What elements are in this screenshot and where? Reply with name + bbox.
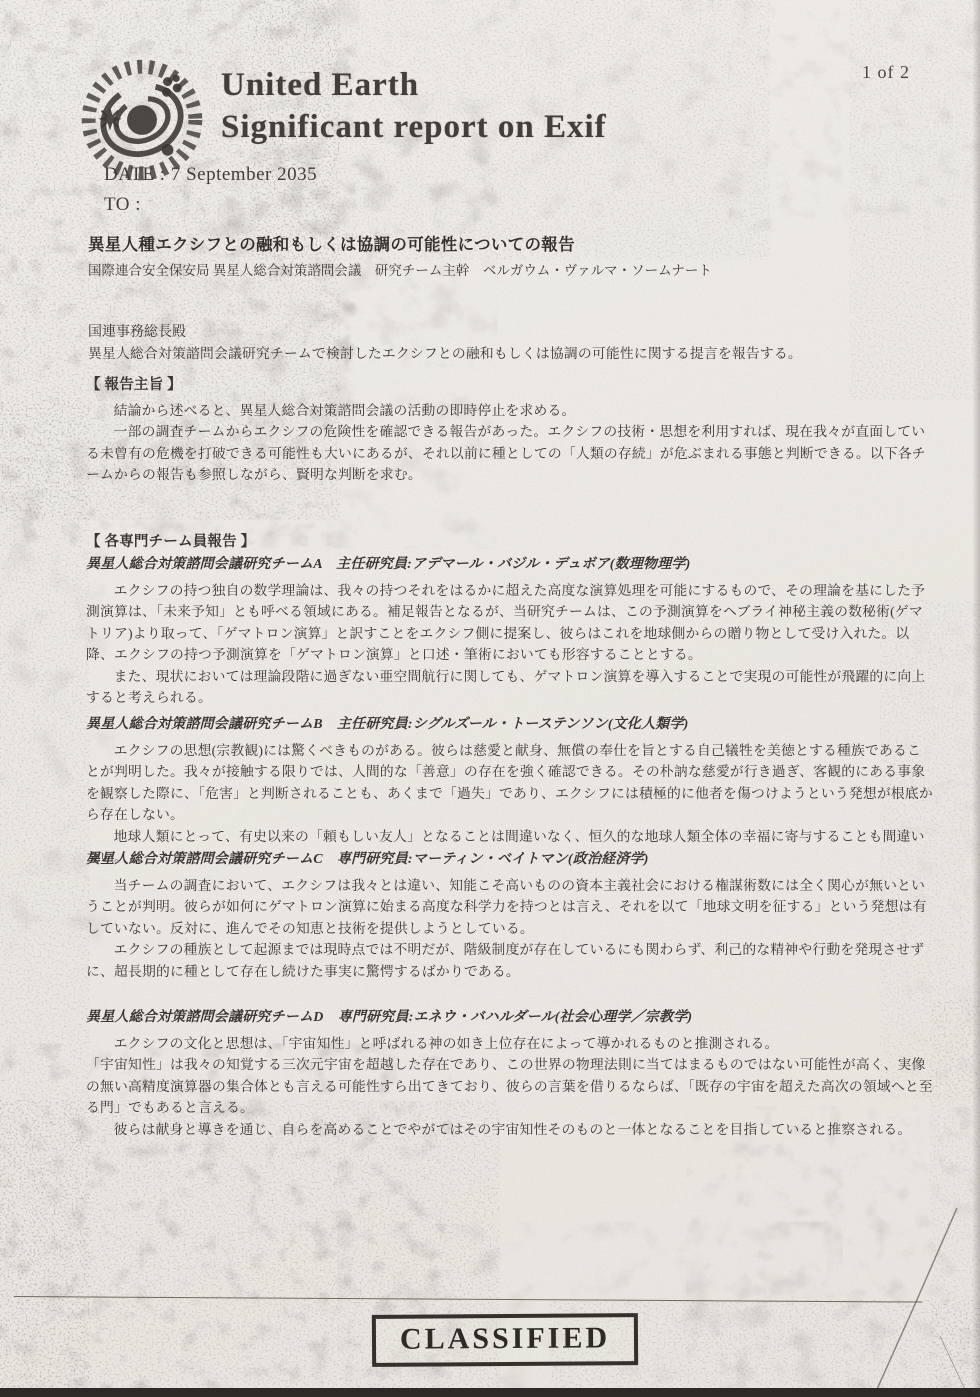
team-paragraph: 当チームの調査において、エクシフは我々とは違い、知能こそ高いものの資本主義社会に… — [86, 875, 934, 940]
team-title: 異星人総合対策諮問会議研究チームA 主任研究員:アデマール・バジル・デュボア(数… — [86, 554, 934, 576]
scan-right-edge-shadow — [972, 0, 980, 1397]
teams-section-heading: 【 各専門チーム員報告 】 — [86, 532, 934, 557]
to-label: TO : — [104, 194, 141, 215]
team-paragraph: 彼らは献身と導きを通じ、自らを高めることでやがてはその宇宙知性そのものと一体とな… — [86, 1119, 934, 1141]
team-title: 異星人総合対策諮問会議研究チームB 主任研究員:シグルズール・トーステンソン(文… — [86, 714, 934, 736]
summary-heading: 【 報告主旨 】 — [86, 375, 934, 397]
date-value: 7 September 2035 — [171, 164, 317, 185]
page-number: 1 of 2 — [862, 62, 910, 83]
team-paragraph: エクシフの種族として起源までは現時点では不明だが、階級制度が存在しているにも関わ… — [86, 939, 934, 982]
team-title: 異星人総合対策諮問会議研究チームD 専門研究員:エネウ・バハルダール(社会心理学… — [86, 1007, 934, 1029]
scan-line-divider — [14, 1296, 922, 1303]
scan-bottom-edge — [0, 1388, 980, 1397]
summary-section: 【 報告主旨 】 結論から述べると、異星人総合対策諮問会議の活動の即時停止を求め… — [86, 375, 934, 486]
intro-line: 異星人総合対策諮問会議研究チームで検討したエクシフとの融和もしくは協調の可能性に… — [88, 343, 948, 365]
team-report-a: 異星人総合対策諮問会議研究チームA 主任研究員:アデマール・バジル・デュボア(数… — [86, 554, 934, 709]
team-report-d: 異星人総合対策諮問会議研究チームD 専門研究員:エネウ・バハルダール(社会心理学… — [86, 1007, 934, 1140]
summary-paragraph: 一部の調査チームからエクシフの危険性を確認できる報告があった。エクシフの技術・思… — [86, 421, 934, 486]
team-report-c: 異星人総合対策諮問会議研究チームC 専門研究員:マーティン・ベイトマン(政治経済… — [86, 849, 934, 982]
report-byline: 国際連合安全保安局 異星人総合対策諮問会議 研究チーム主幹 ベルガウム・ヴァルマ… — [88, 259, 712, 279]
summary-paragraph: 結論から述べると、異星人総合対策諮問会議の活動の即時停止を求める。 — [86, 400, 934, 422]
report-title: 異星人種エクシフとの融和もしくは協調の可能性についての報告 — [88, 231, 575, 255]
team-title: 異星人総合対策諮問会議研究チームC 専門研究員:マーティン・ベイトマン(政治経済… — [86, 849, 934, 871]
team-paragraph: エクシフの思想(宗教観)には驚くべきものがある。彼らは慈愛と献身、無償の奉仕を旨… — [86, 740, 934, 826]
crease-line — [940, 1336, 968, 1396]
to-line: TO : — [104, 194, 141, 216]
team-report-b: 異星人総合対策諮問会議研究チームB 主任研究員:シグルズール・トーステンソン(文… — [86, 714, 934, 869]
team-paragraph: 「宇宙知性」は我々の知覚する三次元宇宙を超越した存在であり、この世界の物理法則に… — [86, 1054, 934, 1119]
team-paragraph: エクシフの持つ独自の数学理論は、我々の持つそれをはるかに超えた高度な演算処理を可… — [86, 580, 934, 666]
date-label: DATE : — [104, 164, 166, 185]
team-paragraph: また、現状においては理論段階に過ぎない亜空間航行に関しても、ゲマトロン演算を導入… — [86, 666, 934, 709]
org-name: United Earth — [221, 64, 607, 106]
classified-stamp: CLASSIFIED — [372, 1313, 638, 1367]
teams-heading: 【 各専門チーム員報告 】 — [86, 532, 934, 554]
scanned-report-page: United Earth Significant report on Exif … — [0, 0, 980, 1397]
team-paragraph: エクシフの文化と思想は、「宇宙知性」と呼ばれる神の如き上位存在によって導かれるも… — [86, 1033, 934, 1055]
addressee: 国連事務総長殿 — [88, 321, 186, 341]
masthead: United Earth Significant report on Exif — [221, 64, 607, 148]
date-line: DATE : 7 September 2035 — [104, 164, 317, 186]
doc-type-title: Significant report on Exif — [221, 106, 607, 148]
